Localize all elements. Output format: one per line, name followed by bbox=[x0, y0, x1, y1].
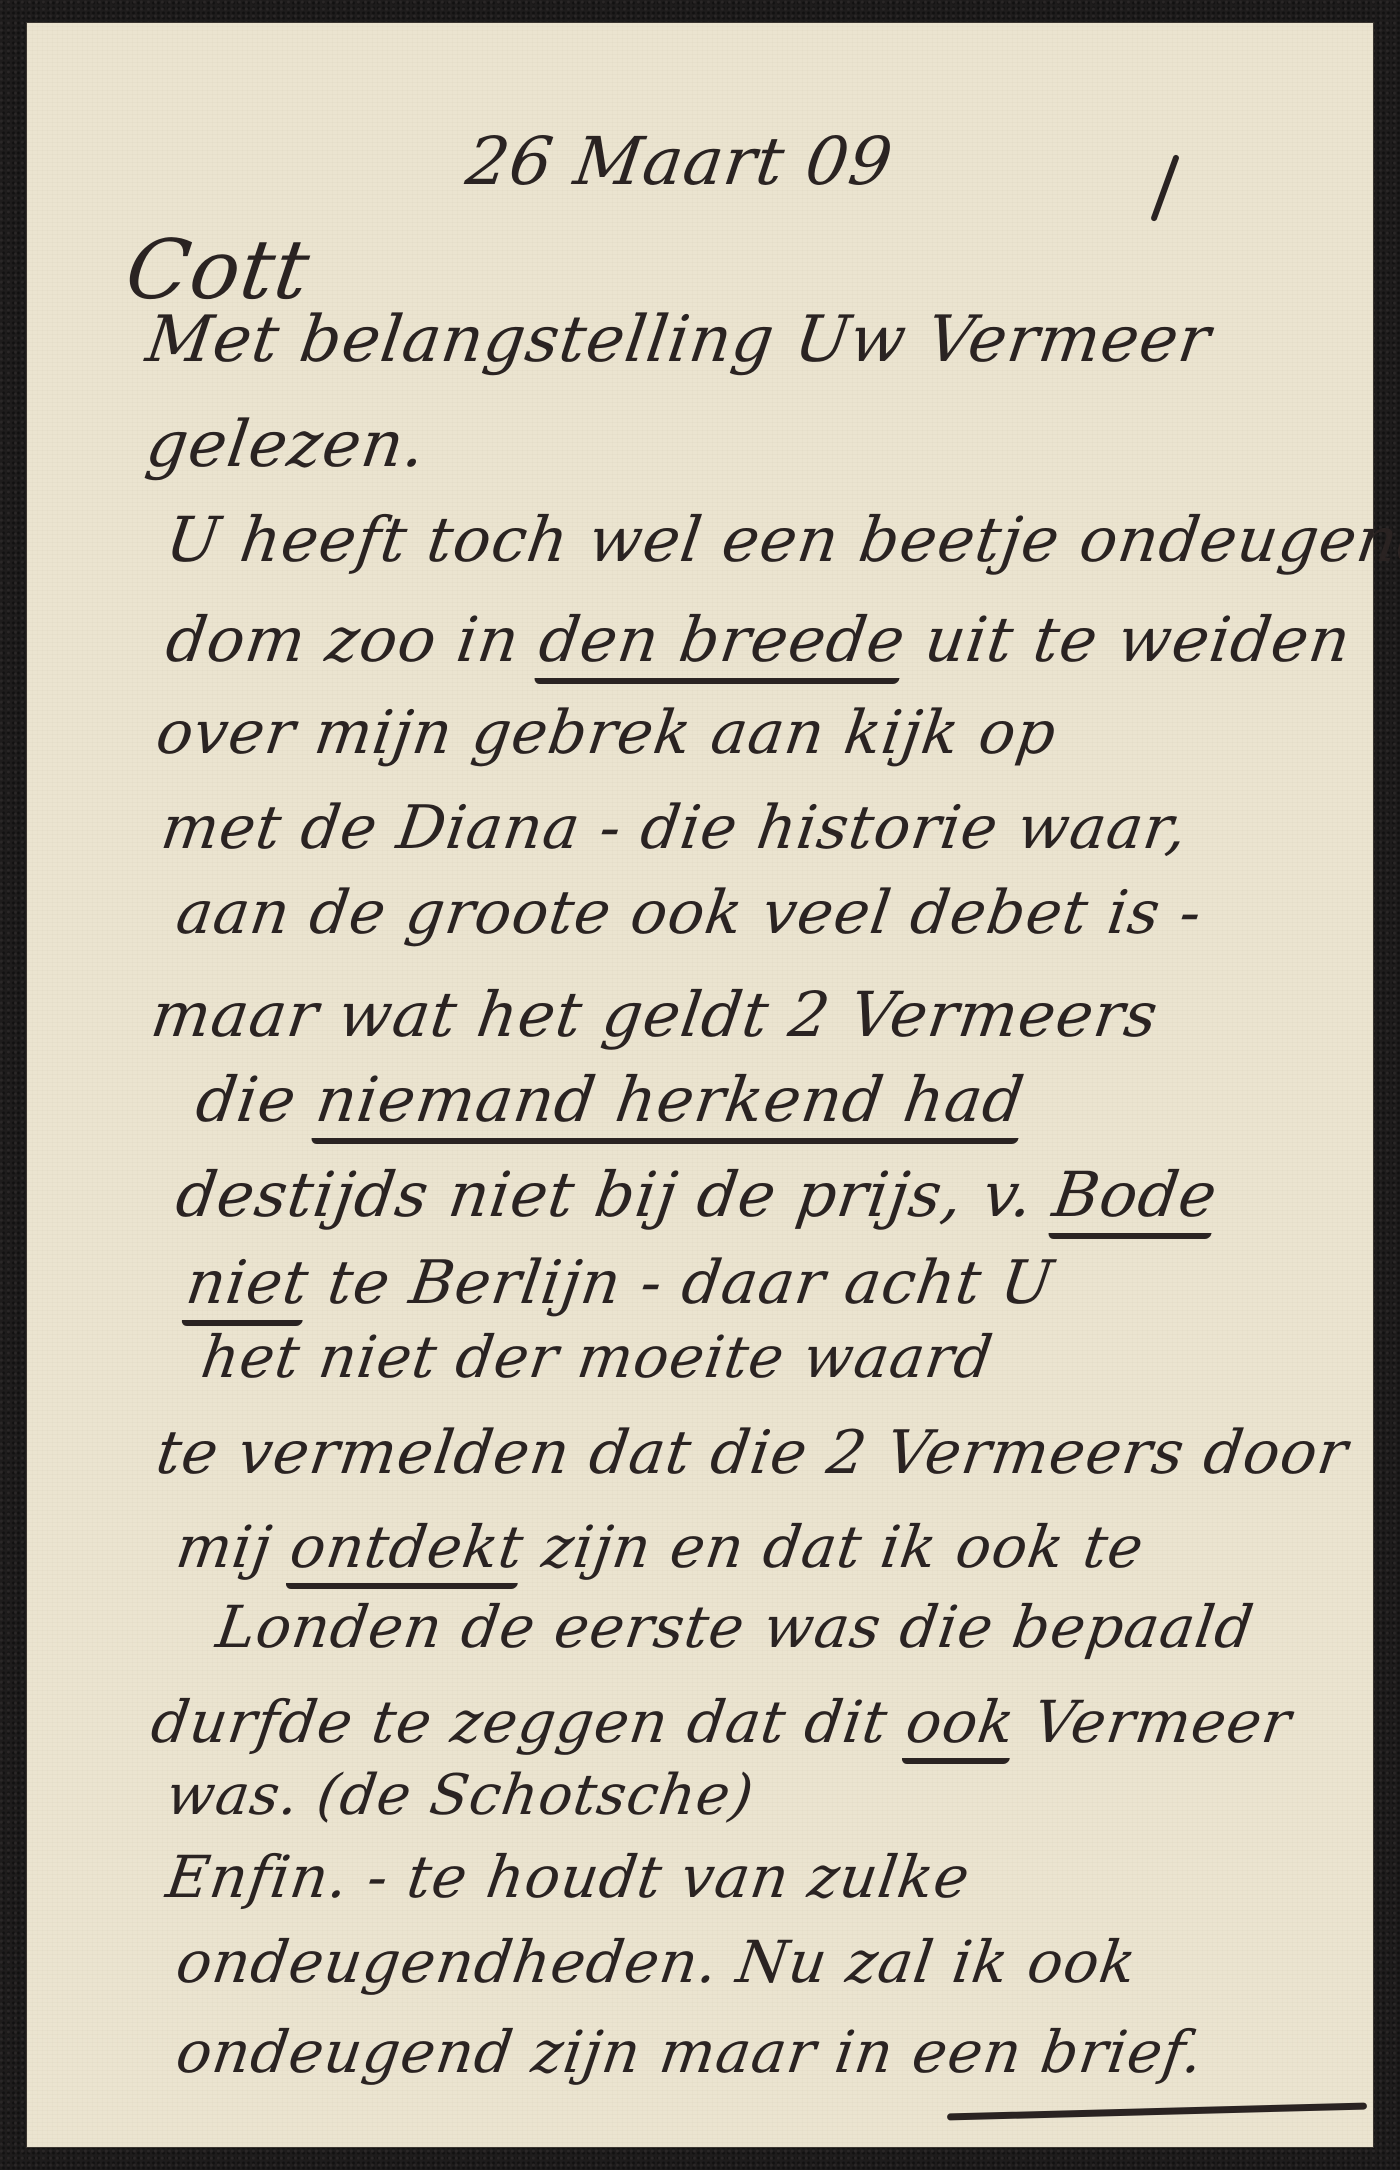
letter-line: destijds niet bij de prijs, v. Bode bbox=[172, 1158, 1222, 1231]
line-part: die bbox=[192, 1063, 322, 1136]
line-part: mij bbox=[172, 1513, 296, 1581]
letter-line: mij ontdekt zijn en dat ik ook te bbox=[172, 1513, 1148, 1581]
letter-line: durfde te zeggen dat dit ook Vermeer bbox=[147, 1688, 1296, 1756]
letter-line: aan de groote ook veel debet is - bbox=[172, 878, 1206, 948]
letter-line: met de Diana - die historie waar, bbox=[157, 793, 1192, 863]
underlined-phrase: ontdekt bbox=[285, 1513, 528, 1589]
line-part: te Berlijn - daar acht U bbox=[304, 1248, 1058, 1318]
letter-line: Londen de eerste was die bepaald bbox=[212, 1593, 1258, 1661]
letter-line: was. (de Schotsche) bbox=[162, 1763, 758, 1828]
line-part: zijn en dat ik ook te bbox=[519, 1513, 1149, 1581]
line-part: dom zoo in bbox=[162, 603, 545, 676]
letter-line: ondeugendheden. Nu zal ik ook bbox=[172, 1928, 1141, 1996]
underlined-phrase: Bode bbox=[1047, 1158, 1222, 1239]
date-flourish bbox=[1150, 154, 1180, 222]
letter-line: maar wat het geldt 2 Vermeers bbox=[147, 978, 1163, 1051]
letter-page: 26 Maart 09 Cott Met belangstelling Uw V… bbox=[27, 23, 1373, 2147]
line-part: destijds niet bij de prijs, v. bbox=[172, 1158, 1059, 1231]
letter-line: Enfin. - te houdt van zulke bbox=[162, 1843, 974, 1911]
letter-date: 26 Maart 09 bbox=[462, 123, 898, 200]
letter-line: U heeft toch wel een beetje ondeugend bbox=[162, 503, 1400, 576]
underlined-phrase: niet bbox=[181, 1248, 313, 1326]
underlined-phrase: ook bbox=[901, 1688, 1020, 1764]
letter-line: over mijn gebrek aan kijk op bbox=[152, 698, 1061, 768]
letter-line: ondeugend zijn maar in een brief. bbox=[172, 2018, 1208, 2086]
letter-line: die niemand herkend had bbox=[192, 1063, 1029, 1136]
letter-line: niet te Berlijn - daar acht U bbox=[182, 1248, 1058, 1318]
letter-line: gelezen. bbox=[142, 408, 431, 482]
letter-line: Met belangstelling Uw Vermeer bbox=[142, 303, 1216, 377]
underlined-phrase: den breede bbox=[534, 603, 910, 684]
letter-line: het niet der moeite waard bbox=[197, 1323, 997, 1391]
line-part: durfde te zeggen dat dit bbox=[147, 1688, 911, 1756]
letter-line: te vermelden dat die 2 Vermeers door bbox=[152, 1418, 1352, 1488]
line-part: Vermeer bbox=[1010, 1688, 1296, 1756]
closing-underline bbox=[947, 2103, 1367, 2121]
letter-line: dom zoo in den breede uit te weiden bbox=[162, 603, 1356, 676]
line-part: uit te weiden bbox=[900, 603, 1356, 676]
underlined-phrase: niemand herkend had bbox=[311, 1063, 1029, 1144]
